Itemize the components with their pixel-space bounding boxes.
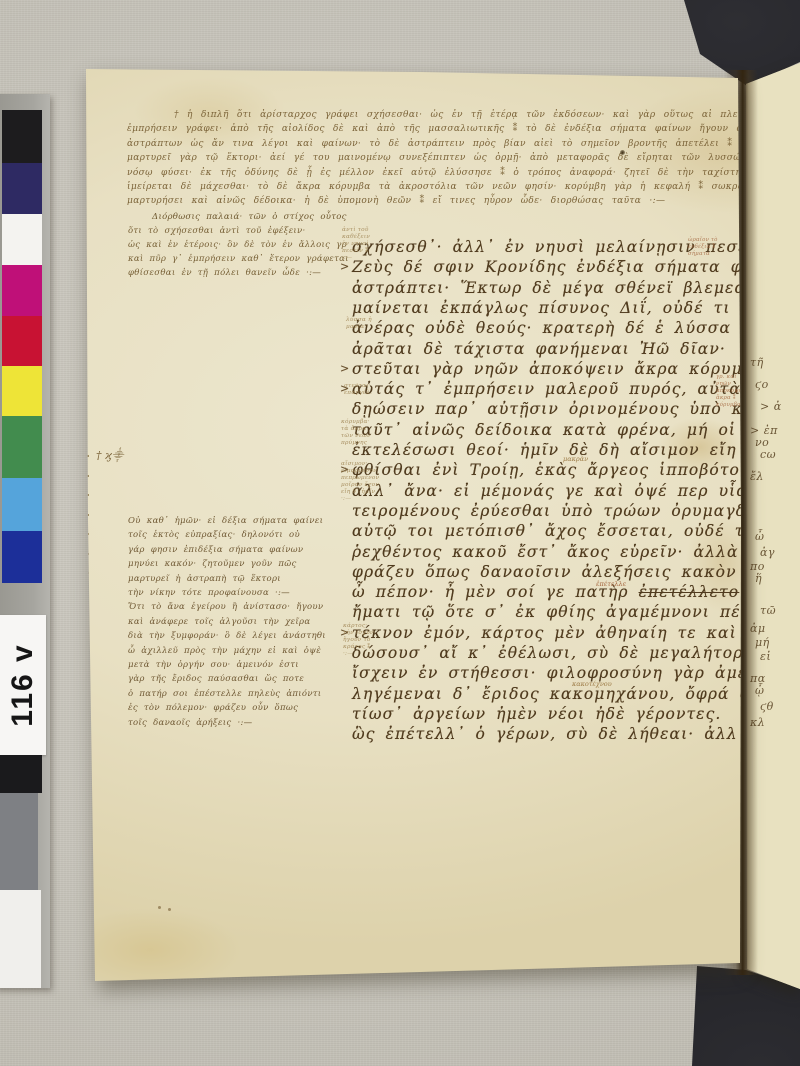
note-line: κόρυμβα — [716, 402, 748, 409]
color-patch-blue — [2, 531, 42, 583]
manuscript-page-wrap: † ἡ διπλῆ ὅτι ἀρίσταρχος γράφει σχήσεσθα… — [0, 0, 800, 1066]
color-patch-green — [2, 416, 42, 478]
folio-number-label: 116 v — [0, 615, 46, 755]
manuscript-photo: τῆϛο> ἀ> ἐπνοϲωἔλὦἀγποἥτῶἀμμήεἰπαᾧϛθκλ †… — [0, 0, 800, 1066]
text-line: καὶ πῦρ γ᾽ ἐμπρήσειν καθ᾽ ἕτερον γράφετα… — [128, 253, 340, 267]
text-line: Ὅτι τὸ ἄνα ἐγείρου ἢ ἀνίστασο· ἤγουν — [128, 600, 346, 614]
note-line: τὰ ἄκρα — [341, 426, 371, 433]
note-line: λύσσα ἡ — [346, 317, 372, 324]
pricking-hole — [87, 670, 89, 672]
note-line: ἀποκόψειν — [716, 388, 748, 395]
text-line: μαρτυρεῖ ἡ ἀστραπὴ τῷ ἕκτορι — [128, 572, 346, 586]
note-line: μανία· — [346, 324, 372, 331]
note-line: εἴη δ᾽ ἡμῖν — [341, 489, 379, 496]
pricking-hole — [87, 514, 89, 516]
marginal-note: κάρτος·τὴν ἰσχύν·ἤγουν τὸκράτος ⁑·:— — [343, 623, 376, 658]
pricking-hole — [87, 455, 89, 457]
verse-line: ἐκτελέσωσι θεοί· ἡμῖν δὲ δὴ αἴσιμον εἴη — [352, 441, 737, 461]
note-line: αἴσιμον· — [341, 461, 379, 468]
pricking-hole — [87, 689, 89, 691]
marginal-note: κόρυμβα·τὰ ἄκρατῶν νεῶνπρύμνης — [341, 419, 371, 447]
color-patch-white — [2, 214, 42, 265]
color-calibration-card: 116 v — [0, 94, 50, 988]
verse-line: ἀστράπτει· Ἕκτωρ δὲ μέγα σθένεϊ βλεμεαίν… — [352, 279, 788, 299]
verse-line: αὐτῷ τοι μετόπισθ᾽ ἄχος ἔσσεται, οὐδέ τι… — [352, 522, 800, 542]
note-line: κράτος ⁑ — [343, 644, 376, 651]
verse-line: ὣς ἐπέτελλ᾽ ὁ γέρων, σὺ δὲ λήθεαι· ἀλλ᾽ … — [352, 725, 800, 745]
pricking-hole — [87, 494, 89, 496]
verse-line: φράζευ ὅπως δαναοῖσιν ἀλεξήσεις κακὸν ἦμ… — [352, 563, 796, 583]
pricking-hole — [87, 884, 89, 886]
manuscript-page-116v: † ἡ διπλῆ ὅτι ἀρίσταρχος γράφει σχήσεσθα… — [0, 0, 800, 1066]
left-margin-mark: † ϗ⸎ — [96, 448, 123, 463]
text-line: † ἡ διπλῆ ὅτι ἀρίσταρχος γράφει σχήσεσθα… — [127, 108, 743, 122]
note-line: ἐν νηυσὶ — [342, 241, 370, 248]
marginal-note: γρ. καὶνηῶνἀποκόψεινἄκρα ⁑κόρυμβα — [716, 374, 748, 409]
text-line: φθίσεσθαι ἐν τῇ πόλει θανεῖν ὧδε ·:— — [128, 267, 340, 281]
verse-line: ῥεχθέντος κακοῦ ἔστ᾽ ἄκος εὑρεῖν· ἀλλὰ π… — [352, 543, 800, 563]
text-line: ὁ πατήρ σοι ἐπέστελλε πηλεὺς ἀπιόντι — [128, 687, 346, 701]
verse-line: ἀνέρας οὐδὲ θεούς· κρατερὴ δέ ἑ λύσσα δέ… — [352, 319, 800, 339]
marginal-note: λύσσα ἡμανία· — [346, 317, 372, 331]
pricking-hole — [87, 533, 89, 535]
verse-line: ταῦτ᾽ αἰνῶς δείδοικα κατὰ φρένα, μή οἱ ἀ… — [352, 421, 800, 441]
pricking-hole — [87, 787, 89, 789]
pricking-hole — [87, 826, 89, 828]
diple-mark: > — [340, 362, 350, 375]
note-line: ἀντὶ τοῦ — [342, 227, 370, 234]
card-white-block — [0, 890, 41, 988]
marginal-note: αἴσιμον·εἱμαρμένονπεπρωμένονμοῖραν ἔχονε… — [341, 461, 379, 503]
note-line: γρ. καὶ — [716, 374, 748, 381]
verse-line: >στεῦται γὰρ νηῶν ἀποκόψειν ἄκρα κόρυμβα… — [352, 360, 770, 380]
text-line: τοῖς ἑκτὸς εὐπραξίας· δηλονότι οὐ — [128, 528, 346, 542]
text-line: μηνύει κακόν· ζητοῦμεν γοῦν πῶς — [128, 557, 346, 571]
pricking-hole — [87, 475, 89, 477]
note-line: ἄκρα ⁑ — [716, 395, 748, 402]
top-margin-scholia: † ἡ διπλῆ ὅτι ἀρίσταρχος γράφει σχήσεσθα… — [127, 108, 743, 209]
text-line: Διόρθωσις παλαιά· τῶν ὁ στίχος οὗτος — [128, 211, 340, 225]
note-line: στεῦται· — [344, 383, 372, 390]
note-line: κάρτος· — [343, 623, 376, 630]
interlinear-gloss: ἐπέτελλε — [596, 580, 626, 588]
note-line: ἐπαγγέλ. — [344, 390, 372, 397]
color-patch-sky-blue — [2, 478, 42, 531]
ink-blot — [620, 150, 625, 155]
text-line: μαρτυρήσει καὶ αἰνῶς δέδοικα· ἡ δὲ ὑπομο… — [127, 194, 743, 208]
upper-left-scholium: Διόρθωσις παλαιά· τῶν ὁ στίχος οὗτοςὅτι … — [128, 211, 340, 281]
note-line: καθέξειν — [342, 234, 370, 241]
text-line: νόσῳ φύσει· ἐκ τῆς ὀδύνης δὲ ᾗ ἐς μέλλον… — [127, 166, 743, 180]
text-line: καὶ ἀνάφερε τοῖς ἀλγοῦσι τὴν χεῖρα — [128, 615, 346, 629]
color-patch-indigo — [2, 163, 42, 214]
verse-line: >Ζεὺς δέ σφιν Κρονίδης ἐνδέξια σήματα φα… — [352, 258, 796, 278]
pricking-hole — [87, 611, 89, 613]
note-line: ὡραῖον τὸ — [688, 237, 718, 244]
note-line: ·:— — [341, 496, 379, 503]
note-line: πεσεῖν ⁑ — [342, 248, 370, 255]
text-line: μαρτυρεῖ γὰρ τῷ ἕκτορι· ἀεί γέ του μαινο… — [127, 151, 743, 165]
note-line: κόρυμβα· — [341, 419, 371, 426]
struck-word: ἐπετέλλετο — [639, 583, 740, 601]
diple-mark: > — [340, 260, 350, 273]
card-gray-block — [0, 793, 38, 890]
marginal-note: ἀντὶ τοῦκαθέξεινἐν νηυσὶπεσεῖν ⁑·:— — [342, 227, 370, 262]
color-patch-red — [2, 316, 42, 366]
pricking-hole — [87, 650, 89, 652]
text-line: τοῖς δαναοῖς ἀρήξεις ·:— — [128, 716, 346, 730]
pricking-hole — [87, 728, 89, 730]
note-line: μοῖραν ἔχον — [341, 482, 379, 489]
interlinear-gloss: κακοτέχνου — [572, 680, 612, 688]
color-patch-yellow — [2, 366, 42, 416]
text-line: τὴν νίκην τότε προφαίνουσα ·:— — [128, 586, 346, 600]
left-margin-scholia: Οὐ καθ᾽ ἡμῶν· εἰ δέξια σήματα φαίνειτοῖς… — [128, 514, 346, 730]
wormhole-speck — [158, 906, 161, 909]
verse-line: μαίνεται ἐκπάγλως πίσυνος Διΐ, οὐδέ τι τ… — [352, 299, 774, 319]
verse-line: >τέκνον ἐμόν, κάρτος μὲν ἀθηναίη τε καὶ … — [352, 624, 778, 644]
note-line: νηῶν — [716, 381, 748, 388]
verse-line: ἤματι τῷ ὅτε σ᾽ ἐκ φθίης ἀγαμέμνονι πέμπ… — [352, 603, 779, 623]
text-line: μετὰ τὴν ὀργήν σου· ἀμεινόν ἐστι — [128, 658, 346, 672]
verse-line: ἀλλ᾽ ἄνα· εἰ μέμονάς γε καὶ ὀψέ περ υἷας… — [352, 482, 800, 502]
wormhole-speck — [168, 908, 171, 911]
text-line: Οὐ καθ᾽ ἡμῶν· εἰ δέξια σήματα φαίνει — [128, 514, 346, 528]
text-line: διὰ τὴν ξυμφοράν· ὃ δὲ λέγει ἀνάστηθι — [128, 629, 346, 643]
pricking-hole — [87, 631, 89, 633]
note-line: πρύμνης — [341, 440, 371, 447]
note-line: σήματα — [688, 251, 718, 258]
pricking-hole — [87, 845, 89, 847]
pricking-hole — [87, 553, 89, 555]
verse-line: τίωσ᾽ ἀργείων ἠμὲν νέοι ἠδὲ γέροντες. — [352, 705, 721, 725]
verse-line: >φθίσθαι ἐνὶ Τροίῃ, ἑκὰς ἄργεος ἱπποβότο… — [352, 461, 764, 481]
card-black-block — [0, 755, 42, 793]
marginal-note: ὡραῖον τὸἐνδέξια ⁑σήματα — [688, 237, 718, 258]
note-line: ἤγουν τὸ — [343, 637, 376, 644]
note-line: ·:— — [343, 651, 376, 658]
text-line: γάρ φησιν ἐπιδέξια σήματα φαίνων — [128, 543, 346, 557]
text-line: γὰρ τῆς ἔριδος παύσασθαι ὥς ποτε — [128, 672, 346, 686]
marginal-note: στεῦται·ἐπαγγέλ. — [344, 383, 372, 397]
pricking-hole — [87, 806, 89, 808]
text-line: ὅτι τὸ σχήσεσθαι ἀντὶ τοῦ ἐφέξειν· — [128, 225, 340, 239]
pricking-hole — [87, 748, 89, 750]
text-line: ὡς καὶ ἐν ἑτέροις· ὃν δὲ τὸν ἐν ἄλλοις γ… — [128, 239, 340, 253]
pricking-hole — [87, 709, 89, 711]
color-patch-magenta — [2, 265, 42, 316]
verse-line: σχήσεσθ᾽· ἀλλ᾽ ἐν νηυσὶ μελαίνῃσιν πεσέε… — [352, 238, 800, 258]
verse-line: τειρομένους ἐρύεσθαι ὑπὸ τρώων ὀρυμαγδοῦ… — [352, 502, 773, 522]
color-patch-black — [2, 110, 42, 163]
folio-number-text: 116 v — [6, 643, 40, 726]
note-line: πεπρωμένον — [341, 475, 379, 482]
note-line: ·:— — [342, 255, 370, 262]
verse-line: ἀρᾶται δὲ τάχιστα φανήμεναι Ἠῶ δῖαν· — [352, 340, 726, 360]
pricking-hole — [87, 592, 89, 594]
text-line: ἐμπρήσειν γράφει· ἀπὸ τῆς αἰολίδος δὲ κα… — [127, 122, 743, 136]
note-line: εἱμαρμένον — [341, 468, 379, 475]
pricking-hole — [87, 572, 89, 574]
note-line: τῶν νεῶν — [341, 433, 371, 440]
interlinear-gloss: μακρὰν — [563, 455, 588, 463]
text-line: ἀστράπτων ὡς ἄν τινα λέγοι καὶ φαίνων· τ… — [127, 137, 743, 151]
text-line: ἱμείρεται δὲ μάχεσθαι· τὸ δὲ ἄκρα κόρυμβ… — [127, 180, 743, 194]
verse-line: ὦ πέπον· ἦ μὲν σοί γε πατὴρ ἐπετέλλετο π… — [352, 583, 800, 603]
pricking-hole — [87, 865, 89, 867]
pricking-hole — [87, 767, 89, 769]
text-line: ὦ ἀχιλλεῦ πρὸς τὴν μάχην εἰ καὶ ὀψὲ — [128, 644, 346, 658]
note-line: τὴν ἰσχύν· — [343, 630, 376, 637]
note-line: ἐνδέξια ⁑ — [688, 244, 718, 251]
verse-line: δώσουσ᾽ αἴ κ᾽ ἐθέλωσι, σὺ δὲ μεγαλήτορα … — [352, 644, 800, 664]
text-line: ἐς τὸν πόλεμον· φράζευ οὖν ὅπως — [128, 701, 346, 715]
